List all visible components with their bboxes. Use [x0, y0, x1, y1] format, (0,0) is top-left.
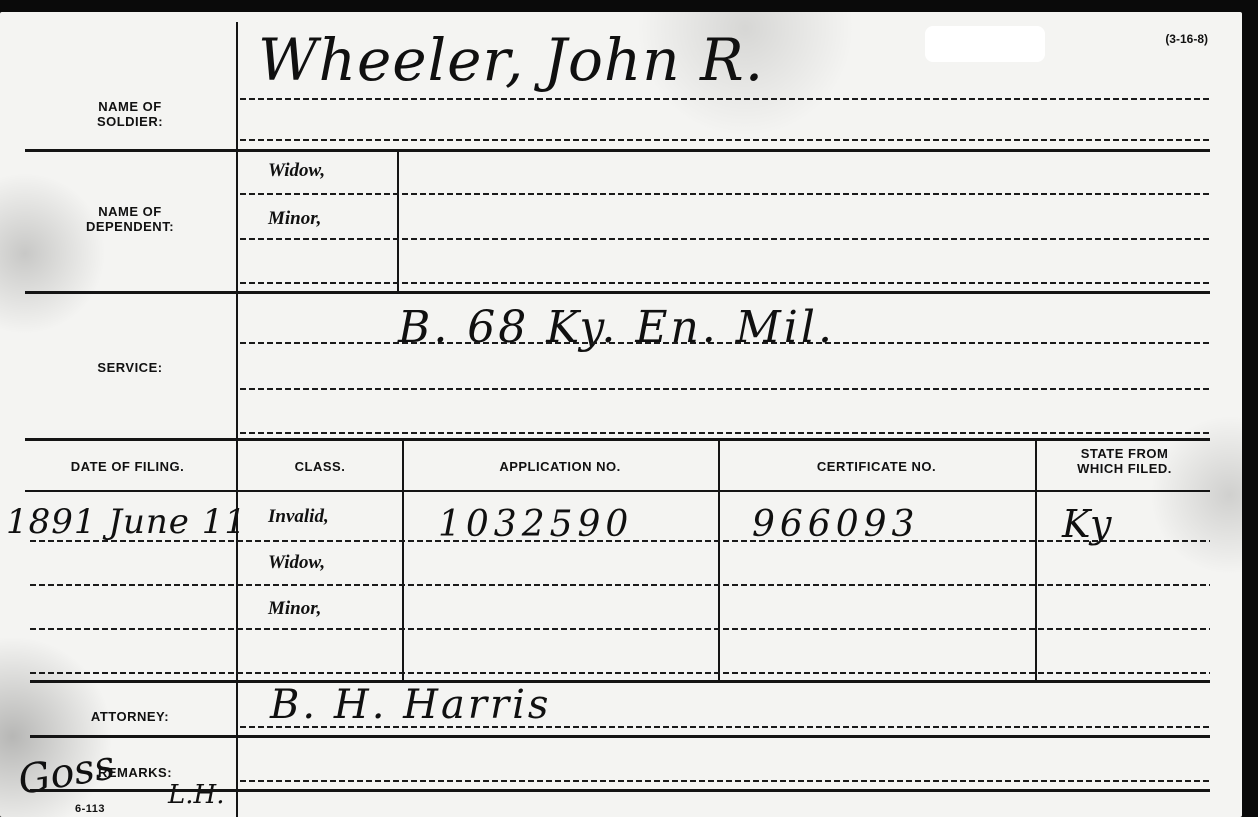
header-certificate-no: CERTIFICATE NO.: [720, 459, 1033, 474]
table-divider-class: [402, 440, 404, 680]
header-state-from-which-filed: STATE FROM WHICH FILED.: [1037, 446, 1212, 476]
soldier-dotted-line-2: [240, 139, 1210, 141]
section-rule-attorney: [30, 735, 1210, 738]
service-dotted-line-1: [240, 342, 1210, 344]
pension-index-card: (3-16-8) NAME OF SOLDIER: Wheeler, John …: [0, 12, 1242, 817]
attorney-value: B. H. Harris: [270, 682, 551, 728]
table-divider-application: [718, 440, 720, 680]
remarks-initials: L.H.: [168, 780, 224, 810]
section-rule-service: [25, 438, 1210, 441]
table-dotted-line-2: [30, 584, 1210, 586]
attorney-dotted-line: [240, 726, 1210, 728]
dependent-divider: [397, 152, 399, 294]
label-line-2: WHICH FILED.: [1037, 461, 1212, 476]
header-class: CLASS.: [240, 459, 400, 474]
table-dotted-line-3: [30, 628, 1210, 630]
label-name-of-soldier: NAME OF SOLDIER:: [40, 99, 220, 129]
label-service: SERVICE:: [40, 360, 220, 375]
header-application-no: APPLICATION NO.: [404, 459, 716, 474]
remarks-dotted-line: [240, 780, 1210, 782]
dependent-option-minor: Minor,: [268, 208, 321, 230]
service-value: B. 68 Ky. En. Mil.: [398, 302, 835, 353]
class-option-invalid: Invalid,: [268, 506, 329, 528]
header-date-of-filing: DATE OF FILING.: [25, 459, 230, 474]
application-no-value: 1032590: [438, 504, 633, 545]
class-option-widow: Widow,: [268, 552, 325, 574]
dependent-option-widow: Widow,: [268, 160, 325, 182]
section-rule-remarks: [30, 789, 1210, 792]
footer-code: 6-113: [60, 802, 120, 817]
section-rule-soldier: [25, 149, 1210, 152]
label-line-1: STATE FROM: [1037, 446, 1212, 461]
label-line-1: NAME OF: [40, 99, 220, 114]
class-option-minor: Minor,: [268, 598, 321, 620]
soldier-name-value: Wheeler, John R.: [258, 26, 764, 94]
table-dotted-line-4: [30, 672, 1210, 674]
label-name-of-dependent: NAME OF DEPENDENT:: [40, 204, 220, 234]
remarks-handwritten: Goss: [15, 742, 119, 804]
form-number: (3-16-8): [1165, 32, 1208, 46]
label-attorney: ATTORNEY:: [40, 709, 220, 724]
white-blot: [925, 26, 1045, 62]
main-column-divider: [236, 22, 238, 817]
dependent-dotted-line-2: [240, 238, 1210, 240]
table-dotted-line-1: [30, 540, 1210, 542]
date-of-filing-value: 1891 June 11: [6, 502, 247, 542]
label-line-2: SOLDIER:: [40, 114, 220, 129]
service-dotted-line-3: [240, 432, 1210, 434]
section-rule-dependent: [25, 291, 1210, 294]
label-line-1: NAME OF: [40, 204, 220, 219]
service-dotted-line-2: [240, 388, 1210, 390]
soldier-dotted-line-1: [240, 98, 1210, 100]
dependent-dotted-line-3: [240, 282, 1210, 284]
label-line-2: DEPENDENT:: [40, 219, 220, 234]
dependent-dotted-line-1: [240, 193, 1210, 195]
table-divider-certificate: [1035, 440, 1037, 680]
certificate-no-value: 966093: [752, 504, 919, 545]
table-header-rule: [25, 490, 1210, 492]
section-rule-table: [30, 680, 1210, 683]
